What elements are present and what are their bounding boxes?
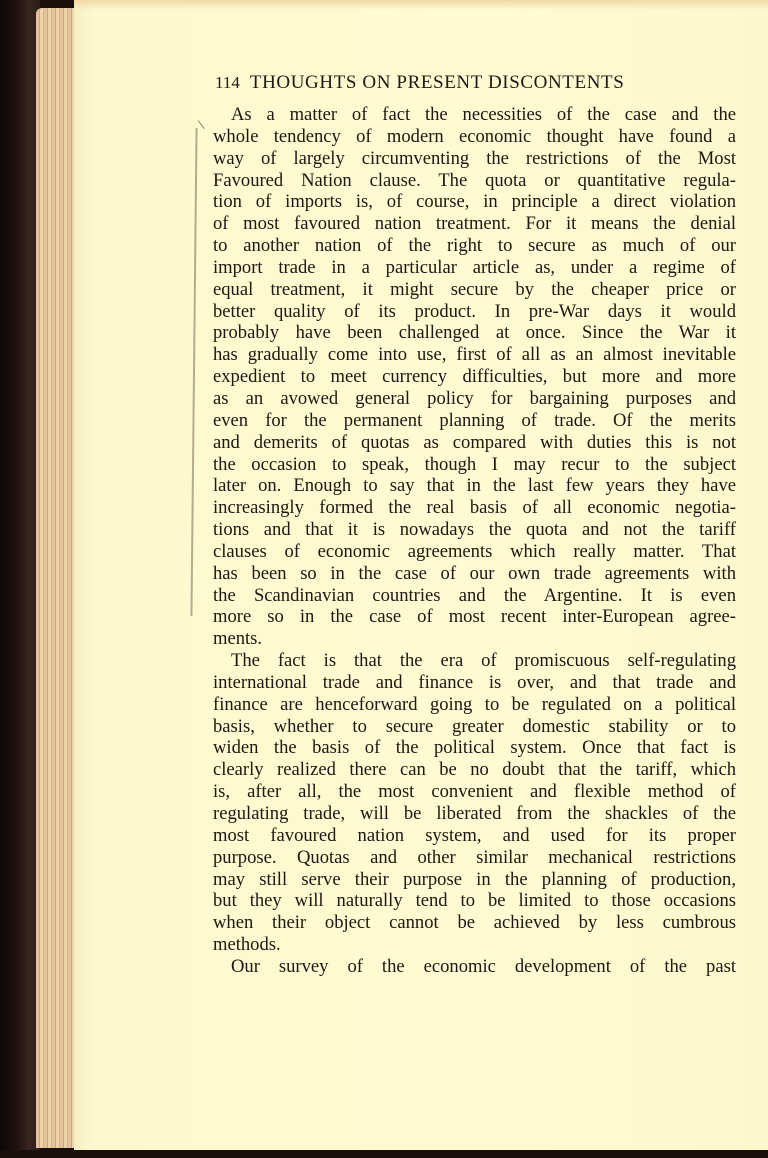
text-line: and demerits of quotas as compared with … — [213, 432, 736, 454]
text-line: Favoured Nation clause. The quota or qua… — [213, 170, 736, 192]
text-line: more so in the case of most recent inter… — [213, 606, 736, 628]
text-line: has been so in the case of our own trade… — [213, 563, 736, 585]
text-line: tion of imports is, of course, in princi… — [213, 191, 736, 213]
text-line: tions and that it is nowadays the quota … — [213, 519, 736, 541]
page-top-shade — [74, 0, 768, 10]
text-line: but they will naturally tend to be limit… — [213, 890, 736, 912]
text-line: clearly realized there can be no doubt t… — [213, 759, 736, 781]
text-line: ments. — [213, 628, 736, 650]
text-line: when their object cannot be achieved by … — [213, 912, 736, 934]
page-number: 114 — [215, 73, 240, 92]
text-line: the occasion to speak, though I may recu… — [213, 454, 736, 476]
text-line: later on. Enough to say that in the last… — [213, 475, 736, 497]
running-head-title: THOUGHTS ON PRESENT DISCONTENTS — [250, 72, 625, 93]
running-head: 114THOUGHTS ON PRESENT DISCONTENTS — [215, 72, 735, 94]
text-line: to another nation of the right to secure… — [213, 235, 736, 257]
text-line: expedient to meet currency difficulties,… — [213, 366, 736, 388]
text-line: of most favoured nation treatment. For i… — [213, 213, 736, 235]
text-line: basis, whether to secure greater domesti… — [213, 716, 736, 738]
text-line: equal treatment, it might secure by the … — [213, 279, 736, 301]
text-line: even for the permanent planning of trade… — [213, 410, 736, 432]
text-line: Our survey of the economic development o… — [213, 956, 736, 978]
text-line: may still serve their purpose in the pla… — [213, 869, 736, 891]
text-line: import trade in a particular article as,… — [213, 257, 736, 279]
text-line: As a matter of fact the necessities of t… — [213, 104, 736, 126]
text-line: probably have been challenged at once. S… — [213, 322, 736, 344]
text-line: way of largely circumventing the restric… — [213, 148, 736, 170]
body-text: As a matter of fact the necessities of t… — [213, 104, 736, 978]
text-line: regulating trade, will be liberated from… — [213, 803, 736, 825]
text-line: better quality of its product. In pre-Wa… — [213, 301, 736, 323]
text-line: clauses of economic agreements which rea… — [213, 541, 736, 563]
text-line: international trade and finance is over,… — [213, 672, 736, 694]
text-line: as an avowed general policy for bargaini… — [213, 388, 736, 410]
page-edges — [36, 8, 76, 1148]
text-line: whole tendency of modern economic though… — [213, 126, 736, 148]
bottom-shadow — [0, 1150, 768, 1158]
text-line: widen the basis of the political system.… — [213, 737, 736, 759]
text-line: finance are henceforward going to be reg… — [213, 694, 736, 716]
text-line: has gradually come into use, first of al… — [213, 344, 736, 366]
text-line: is, after all, the most convenient and f… — [213, 781, 736, 803]
text-line: the Scandinavian countries and the Argen… — [213, 585, 736, 607]
text-line: most favoured nation system, and used fo… — [213, 825, 736, 847]
text-line: purpose. Quotas and other similar mechan… — [213, 847, 736, 869]
book-binding — [0, 0, 40, 1158]
text-line: The fact is that the era of promiscuous … — [213, 650, 736, 672]
text-line: increasingly formed the real basis of al… — [213, 497, 736, 519]
text-line: methods. — [213, 934, 736, 956]
